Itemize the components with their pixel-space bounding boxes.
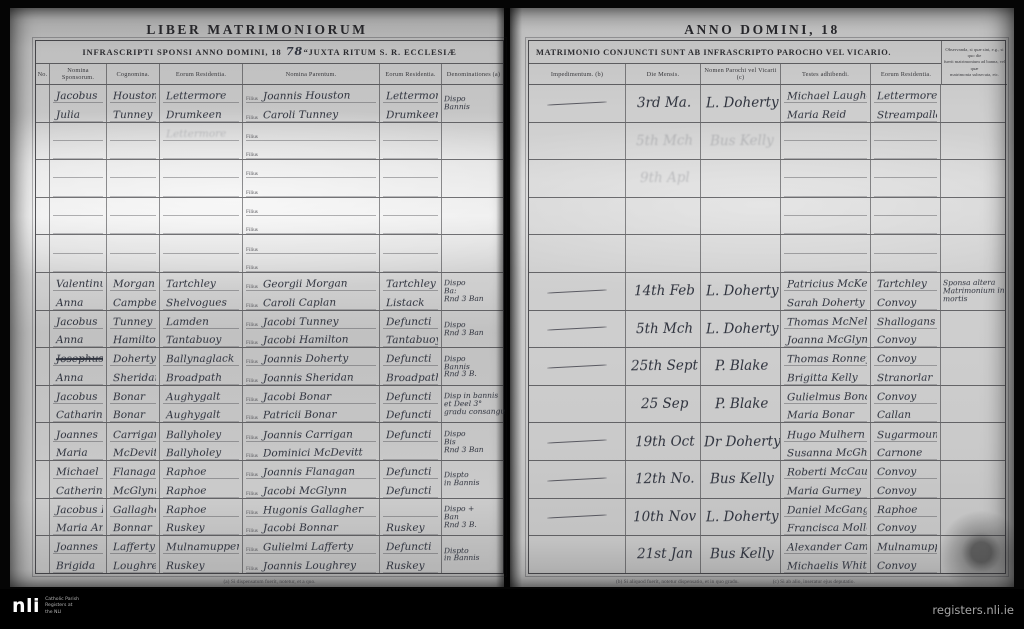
rule-line <box>874 216 937 234</box>
handwritten-entry: Defuncti <box>383 429 432 441</box>
cell-testes-residentia <box>871 235 941 272</box>
register-row-left: JoannesMariaCarriganMcDevittBallyholeyBa… <box>36 423 503 461</box>
register-row-right: 9th Apl <box>529 160 1005 198</box>
handwritten-entry: Campbell <box>110 297 156 309</box>
cell-observanda <box>941 348 1007 385</box>
handwritten-entry: Jacobus <box>53 317 98 328</box>
handwritten-entry: Ballyholey <box>163 429 221 441</box>
handwritten-entry: Joanna McGlyn <box>784 335 867 347</box>
cell-eorum-residentia: TartchleyShelvogues <box>160 273 243 310</box>
handwritten-entry: Raphoe <box>874 505 917 516</box>
rule-line: FiliusJacobi Hamilton <box>246 329 376 347</box>
handwritten-entry: Jacobus <box>53 392 98 403</box>
rule-line: Raphoe <box>874 499 937 517</box>
rule-line: Jacobus L <box>53 499 103 517</box>
cell-parochus: Dr Doherty <box>701 423 781 460</box>
register-row-right: 25 SepP. BlakeGulielmus BonarMaria Bonar… <box>529 386 1005 424</box>
observanda-note: Observanda, si quæ sint, e.g., si quo di… <box>941 41 1007 85</box>
register-row-left: FiliusFilius <box>36 198 503 236</box>
cell-cognomina <box>107 235 160 272</box>
register-row-left: JacobusJuliaHoustonTunneyLettermoreDrumk… <box>36 85 503 123</box>
rule-line: Defuncti <box>383 348 438 366</box>
rule-line: FiliusCaroli Caplan <box>246 291 376 309</box>
cell-testes-residentia <box>871 160 941 197</box>
rule-line: Bonar <box>110 386 156 404</box>
handwritten-entry: Ballyholey <box>163 448 221 460</box>
rule-line: Drumkeen <box>383 103 438 121</box>
rule-line: Ballynaglack <box>163 348 239 366</box>
impedimentum-dash <box>547 327 606 331</box>
filius-label: Filius <box>246 472 258 478</box>
rule-line <box>163 235 239 253</box>
rule-line: Tartchley <box>163 273 239 291</box>
handwritten-entry: Lettermore <box>874 91 937 103</box>
register-left-page: LIBER MATRIMONIORUM INFRASCRIPTI SPONSI … <box>10 8 504 587</box>
handwritten-entry: Defuncti <box>383 317 432 329</box>
cell-observanda <box>941 311 1007 348</box>
rule-line: Tunney <box>110 311 156 329</box>
cell-observanda <box>941 423 1007 460</box>
handwritten-entry: Convoy <box>874 467 916 478</box>
cell-die-mensis: 3rd Ma. <box>626 85 701 122</box>
column-header: Nomina Parentum. <box>243 64 380 84</box>
cell-cognomina: DohertySheridan <box>107 348 160 385</box>
rule-line: Gallagher <box>110 499 156 517</box>
cell-nomina-sponsorum: JacobusAnna <box>50 311 107 348</box>
rule-line: Mulnamupper <box>163 536 239 554</box>
cell-die-mensis: 10th Nov <box>626 499 701 536</box>
handwritten-entry: Aughygalt <box>163 392 220 404</box>
rule-line <box>53 254 103 272</box>
column-header: No. <box>36 64 50 84</box>
rule-line: Doherty <box>110 348 156 366</box>
cell-nomina-sponsorum: JoannesBrigida <box>50 536 107 573</box>
register-row-right: 10th NovL. DohertyDaniel McGangleFrancis… <box>529 499 1005 537</box>
footnote-c: (c) Si ab alio, inseratur ejus deputatio… <box>773 579 855 585</box>
cell-die-mensis: 25 Sep <box>626 386 701 423</box>
observanda-note-line: matrimonia subsecuta, etc. <box>950 72 999 78</box>
filius-label: Filius <box>246 303 258 309</box>
cell-parentum-residentia: Ruskey <box>380 499 442 536</box>
cell-impedimentum <box>529 85 626 122</box>
rule-line: Filius <box>246 254 376 272</box>
handwritten-note: mortis <box>941 295 1007 304</box>
column-header: Nomen Parochi vel Vicarii (c) <box>701 64 781 84</box>
column-header: Nomina Sponsorum. <box>50 64 107 84</box>
handwritten-entry: Thomas Ronney <box>784 354 867 366</box>
handwritten-entry: Michael <box>53 467 99 478</box>
handwritten-date: 10th Nov <box>630 509 696 524</box>
cell-testes-residentia: SugarmountCarnone <box>871 423 941 460</box>
handwritten-entry: Tunney <box>110 109 152 120</box>
rule-line: Houston <box>110 85 156 103</box>
handwritten-entry: Drumkeen <box>383 109 438 121</box>
rule-line: Catherina <box>53 479 103 497</box>
impedimentum-dash <box>547 440 606 444</box>
handwritten-priest: Dr Doherty <box>701 434 780 449</box>
handwritten-entry: Lamden <box>163 317 209 328</box>
handwritten-entry: Raphoe <box>163 505 206 516</box>
rule-line: Ruskey <box>163 517 239 535</box>
handwritten-entry: Doherty <box>110 354 156 365</box>
handwritten-entry: Convoy <box>874 354 916 365</box>
cell-no <box>36 235 50 272</box>
rule-line <box>110 141 156 159</box>
filius-label: Filius <box>246 265 258 271</box>
handwritten-entry: Ruskey <box>163 523 205 534</box>
rule-line: Convoy <box>874 461 937 479</box>
handwritten-entry: Callan <box>874 410 911 421</box>
cell-parentum-residentia: DefunctiTantabuoy <box>380 311 442 348</box>
filius-label: Filius <box>246 134 258 140</box>
rule-line: Loughrey <box>110 554 156 572</box>
filius-label: Filius <box>246 359 258 365</box>
cell-cognomina: TunneyHamilton <box>107 311 160 348</box>
handwritten-entry: Defuncti <box>383 354 432 366</box>
cell-testes-residentia <box>871 198 941 235</box>
cell-impedimentum <box>529 461 626 498</box>
left-register-table: INFRASCRIPTI SPONSI ANNO DOMINI, 1878 “J… <box>35 40 504 574</box>
rule-line: Maria Bonar <box>784 404 867 422</box>
handwritten-entry: Hamilton <box>110 335 156 347</box>
rule-line: Raphoe <box>163 479 239 497</box>
register-row-left: MichaelCatherinaFlanaganMcGlynnRaphoeRap… <box>36 461 503 499</box>
rule-line <box>53 123 103 141</box>
handwritten-entry: Aughygalt <box>163 410 220 422</box>
register-row-left: FiliusFilius <box>36 235 503 273</box>
cell-nomina-parentum: FiliusFilius <box>243 198 380 235</box>
rule-line <box>874 198 937 216</box>
rule-line <box>874 123 937 141</box>
handwritten-entry: Brigitta Kelly <box>784 372 858 384</box>
cell-observanda <box>941 198 1007 235</box>
rule-line: FiliusJoannis Carrigan <box>246 423 376 441</box>
impedimentum-dash <box>547 477 606 481</box>
rule-line: Thomas Ronney <box>784 348 867 366</box>
register-row-right: 19th OctDr DohertyHugo MulhernSusanna Mc… <box>529 423 1005 461</box>
rule-line: Lettermore <box>383 85 438 103</box>
cell-cognomina: BonarBonar <box>107 386 160 423</box>
cell-parochus: L. Doherty <box>701 273 781 310</box>
rule-line <box>383 235 438 253</box>
handwritten-entry: Roberti McCaurly <box>784 467 867 479</box>
cell-parentum-residentia: DefunctiDefuncti <box>380 461 442 498</box>
rule-line: Defuncti <box>383 386 438 404</box>
handwritten-entry: Joannis Doherty <box>260 354 348 366</box>
handwritten-entry: Dominici McDevitt <box>260 447 363 459</box>
cell-parochus: P. Blake <box>701 348 781 385</box>
rule-line: Gulielmus Bonar <box>784 386 867 404</box>
handwritten-entry: Julia <box>53 109 80 120</box>
handwritten-entry: Raphoe <box>163 467 206 478</box>
nli-caption-line: the NLI <box>45 610 79 616</box>
rule-line: Hugo Mulhern <box>784 423 867 441</box>
left-table-caption: INFRASCRIPTI SPONSI ANNO DOMINI, 1878 “J… <box>36 41 503 64</box>
handwritten-entry: Anna <box>53 335 83 346</box>
rule-line: FiliusJacobi McGlynn <box>246 479 376 497</box>
rule-line <box>383 442 438 460</box>
rule-line: FiliusHugonis Gallagher <box>246 499 376 517</box>
cell-observanda <box>941 123 1007 160</box>
cell-nomina-parentum: FiliusGeorgii MorganFiliusCaroli Caplan <box>243 273 380 310</box>
cell-nomina-sponsorum: Jacobus LMaria Anna <box>50 499 107 536</box>
cell-parochus <box>701 198 781 235</box>
rule-line <box>784 198 867 216</box>
cell-eorum-residentia: LamdenTantabuoy <box>160 311 243 348</box>
rule-line <box>874 235 937 253</box>
rule-line: Patricius McKenna <box>784 273 867 291</box>
handwritten-entry: Lafferty <box>110 542 155 553</box>
cell-testes-residentia: LettermoreStreampallagh <box>871 85 941 122</box>
cell-parochus: Bus Kelly <box>701 461 781 498</box>
cell-no <box>36 348 50 385</box>
rule-line: Michael <box>53 461 103 479</box>
handwritten-entry: Valentinus <box>53 279 103 291</box>
rule-line: Carrigan <box>110 423 156 441</box>
handwritten-entry: McDevitt <box>110 448 156 460</box>
handwritten-entry: Tantabuoy <box>163 335 221 347</box>
handwritten-entry: Lettermore <box>163 129 226 141</box>
filius-label: Filius <box>246 322 258 328</box>
rule-line: Carnone <box>874 442 937 460</box>
right-register-table: MATRIMONIO CONJUNCTI SUNT AB INFRASCRIPT… <box>528 40 1006 574</box>
rule-line: Francisca Molloy <box>784 517 867 535</box>
cell-parochus <box>701 160 781 197</box>
right-column-headers: Impedimentum. (b)Die Mensis.Nomen Paroch… <box>529 64 941 85</box>
rule-line: Jacobus <box>53 386 103 404</box>
impedimentum-dash <box>547 289 606 293</box>
left-page-title: LIBER MATRIMONIORUM <box>10 22 504 38</box>
cell-no <box>36 273 50 310</box>
handwritten-entry: Jacobi Tunney <box>260 316 339 328</box>
cell-nomina-parentum: FiliusJacobi BonarFiliusPatricii Bonar <box>243 386 380 423</box>
rule-line: Morgan <box>110 273 156 291</box>
handwritten-year: 78 <box>282 46 302 58</box>
handwritten-entry: Stranorlar <box>874 372 932 384</box>
handwritten-entry: Maria Bonar <box>784 410 854 422</box>
handwritten-entry: Sarah Doherty <box>784 297 865 309</box>
cell-impedimentum <box>529 311 626 348</box>
book-spine-shadow <box>496 8 522 587</box>
handwritten-entry: Caroli Tunney <box>260 109 338 121</box>
rule-line: Bonar <box>110 404 156 422</box>
column-header: Testes adhibendi. <box>781 64 871 84</box>
rule-line <box>53 198 103 216</box>
cell-nomina-sponsorum: JoannesMaria <box>50 423 107 460</box>
register-row-left: ValentinusAnnaMorganCampbellTartchleyShe… <box>36 273 503 311</box>
cell-eorum-residentia <box>160 160 243 197</box>
handwritten-entry: Francisca Molloy <box>784 523 867 535</box>
handwritten-priest: L. Doherty <box>703 96 779 111</box>
cell-observanda <box>941 85 1007 122</box>
rule-line <box>163 254 239 272</box>
handwritten-priest: P. Blake <box>712 397 769 412</box>
rule-line: Joannes <box>53 423 103 441</box>
cell-testes: Alexander CampbellMichaelis White <box>781 536 871 573</box>
handwritten-entry: Daniel McGangle <box>784 504 867 516</box>
rule-line: Defuncti <box>383 404 438 422</box>
rule-line: Aughygalt <box>163 386 239 404</box>
rule-line: Ruskey <box>383 554 438 572</box>
filius-label: Filius <box>246 528 258 534</box>
handwritten-entry: Sheridan <box>110 372 156 384</box>
rule-line: FiliusJoannis Loughrey <box>246 554 376 572</box>
cell-cognomina: CarriganMcDevitt <box>107 423 160 460</box>
handwritten-date: 3rd Ma. <box>634 96 691 111</box>
cell-parentum-residentia: Defuncti <box>380 423 442 460</box>
rule-line: Sheridan <box>110 366 156 384</box>
filius-label: Filius <box>246 152 258 158</box>
handwritten-entry: Michael Laughey <box>784 91 867 103</box>
cell-no <box>36 123 50 160</box>
rule-line: Thomas McNelly <box>784 311 867 329</box>
rule-line: Lamden <box>163 311 239 329</box>
filius-label: Filius <box>246 547 258 553</box>
rule-line <box>110 160 156 178</box>
cell-testes: Thomas McNellyJoanna McGlyn <box>781 311 871 348</box>
handwritten-entry: Georgii Morgan <box>260 279 348 291</box>
filius-label: Filius <box>246 227 258 233</box>
handwritten-entry: Anna <box>53 297 83 308</box>
rule-line: Flanagan <box>110 461 156 479</box>
cell-parentum-residentia <box>380 160 442 197</box>
cell-nomina-sponsorum <box>50 198 107 235</box>
filius-label: Filius <box>246 566 258 572</box>
filius-label: Filius <box>246 415 258 421</box>
cell-parochus: L. Doherty <box>701 311 781 348</box>
left-column-headers: No.Nomina Sponsorum.Cognomina.Eorum Resi… <box>36 64 503 85</box>
handwritten-entry: Maria Gurney <box>784 485 861 497</box>
register-row-right: 14th FebL. DohertyPatricius McKennaSarah… <box>529 273 1005 311</box>
handwritten-entry: Carnone <box>874 448 922 460</box>
handwritten-entry: Defuncti <box>383 410 432 422</box>
cell-testes-residentia: TartchleyConvoy <box>871 273 941 310</box>
cell-impedimentum <box>529 160 626 197</box>
handwritten-entry: Susanna McGhey <box>784 447 867 459</box>
cell-cognomina <box>107 123 160 160</box>
rule-line: Convoy <box>874 329 937 347</box>
register-row-left: FiliusFilius <box>36 160 503 198</box>
impedimentum-dash <box>547 515 606 519</box>
rule-line: Convoy <box>874 291 937 309</box>
cell-parentum-residentia: TartchleyListack <box>380 273 442 310</box>
cell-testes-residentia: MulnamupperConvoy <box>871 536 941 573</box>
handwritten-entry: Josephus <box>53 354 103 366</box>
cell-die-mensis: 9th Apl <box>626 160 701 197</box>
cell-nomina-parentum: FiliusFilius <box>243 123 380 160</box>
rule-line: Broadpath <box>383 366 438 384</box>
cell-parochus: Bus Kelly <box>701 536 781 573</box>
rule-line <box>383 160 438 178</box>
cell-testes: Hugo MulhernSusanna McGhey <box>781 423 871 460</box>
cell-no <box>36 423 50 460</box>
cell-nomina-parentum: FiliusFilius <box>243 235 380 272</box>
rule-line: McDevitt <box>110 442 156 460</box>
handwritten-entry: Convoy <box>874 297 916 308</box>
cell-impedimentum <box>529 386 626 423</box>
rule-line: Defuncti <box>383 479 438 497</box>
handwritten-entry: Drumkeen <box>163 109 222 121</box>
handwritten-entry: Shallogans <box>874 317 935 329</box>
rule-line: Ruskey <box>163 554 239 572</box>
handwritten-entry: Tunney <box>110 317 152 328</box>
cell-nomina-sponsorum <box>50 123 107 160</box>
rule-line <box>383 499 438 517</box>
rule-line <box>784 123 867 141</box>
cell-parochus: P. Blake <box>701 386 781 423</box>
rule-line: Tunney <box>110 103 156 121</box>
register-book-spread: LIBER MATRIMONIORUM INFRASCRIPTI SPONSI … <box>10 8 1014 587</box>
rule-line <box>163 160 239 178</box>
rule-line: FiliusJoannis Houston <box>246 85 376 103</box>
rule-line: Joannes <box>53 536 103 554</box>
cell-parochus: Bus Kelly <box>701 123 781 160</box>
register-row-left: JacobusAnnaTunneyHamiltonLamdenTantabuoy… <box>36 311 503 349</box>
cell-no <box>36 461 50 498</box>
handwritten-entry: Jacobi Hamilton <box>260 335 349 347</box>
cell-eorum-residentia: Lettermore <box>160 123 243 160</box>
cell-die-mensis: 19th Oct <box>626 423 701 460</box>
cell-impedimentum <box>529 123 626 160</box>
rule-line: Raphoe <box>163 461 239 479</box>
handwritten-date: 19th Oct <box>632 434 695 449</box>
cell-parochus: L. Doherty <box>701 499 781 536</box>
cell-parentum-residentia: LettermoreDrumkeen <box>380 85 442 122</box>
column-header: Eorum Residentia. <box>380 64 442 84</box>
rule-line: Anna <box>53 366 103 384</box>
handwritten-entry: Joannis Sheridan <box>260 372 354 384</box>
filius-label: Filius <box>246 209 258 215</box>
rule-line <box>53 141 103 159</box>
cell-nomina-parentum: FiliusJacobi TunneyFiliusJacobi Hamilton <box>243 311 380 348</box>
handwritten-entry: Catherina <box>53 485 103 497</box>
rule-line: Filius <box>246 141 376 159</box>
cell-no <box>36 160 50 197</box>
handwritten-priest: Bus Kelly <box>707 133 774 148</box>
register-row-right <box>529 235 1005 273</box>
cell-eorum-residentia: AughygaltAughygalt <box>160 386 243 423</box>
cell-impedimentum <box>529 235 626 272</box>
rule-line: Brigida <box>53 554 103 572</box>
rule-line: FiliusJacobi Bonar <box>246 386 376 404</box>
cell-eorum-residentia <box>160 198 243 235</box>
handwritten-entry: Tartchley <box>163 279 216 291</box>
observanda-note-line: Observanda, si quæ sint, e.g., si quo di… <box>943 47 1006 59</box>
register-row-right: 21st JanBus KellyAlexander CampbellMicha… <box>529 536 1005 573</box>
cell-die-mensis: 5th Mch <box>626 311 701 348</box>
rule-line <box>874 254 937 272</box>
rule-line: Filius <box>246 160 376 178</box>
cell-testes <box>781 123 871 160</box>
handwritten-entry: Michaelis White <box>784 560 867 572</box>
handwritten-entry: Brigida <box>53 560 95 571</box>
column-header: Eorum Residentia. <box>160 64 243 84</box>
rule-line: Filius <box>246 216 376 234</box>
cell-impedimentum <box>529 536 626 573</box>
cell-cognomina <box>107 198 160 235</box>
handwritten-entry: Defuncti <box>383 467 432 479</box>
rule-line <box>163 198 239 216</box>
cell-eorum-residentia: BallynaglackBroadpath <box>160 348 243 385</box>
rule-line: Filius <box>246 178 376 196</box>
rule-line: Maria Gurney <box>784 479 867 497</box>
cell-eorum-residentia <box>160 235 243 272</box>
handwritten-date: 25th Sept <box>628 359 698 374</box>
cell-parochus <box>701 235 781 272</box>
cell-testes <box>781 235 871 272</box>
rule-line: Lettermore <box>163 85 239 103</box>
cell-testes: Daniel McGangleFrancisca Molloy <box>781 499 871 536</box>
